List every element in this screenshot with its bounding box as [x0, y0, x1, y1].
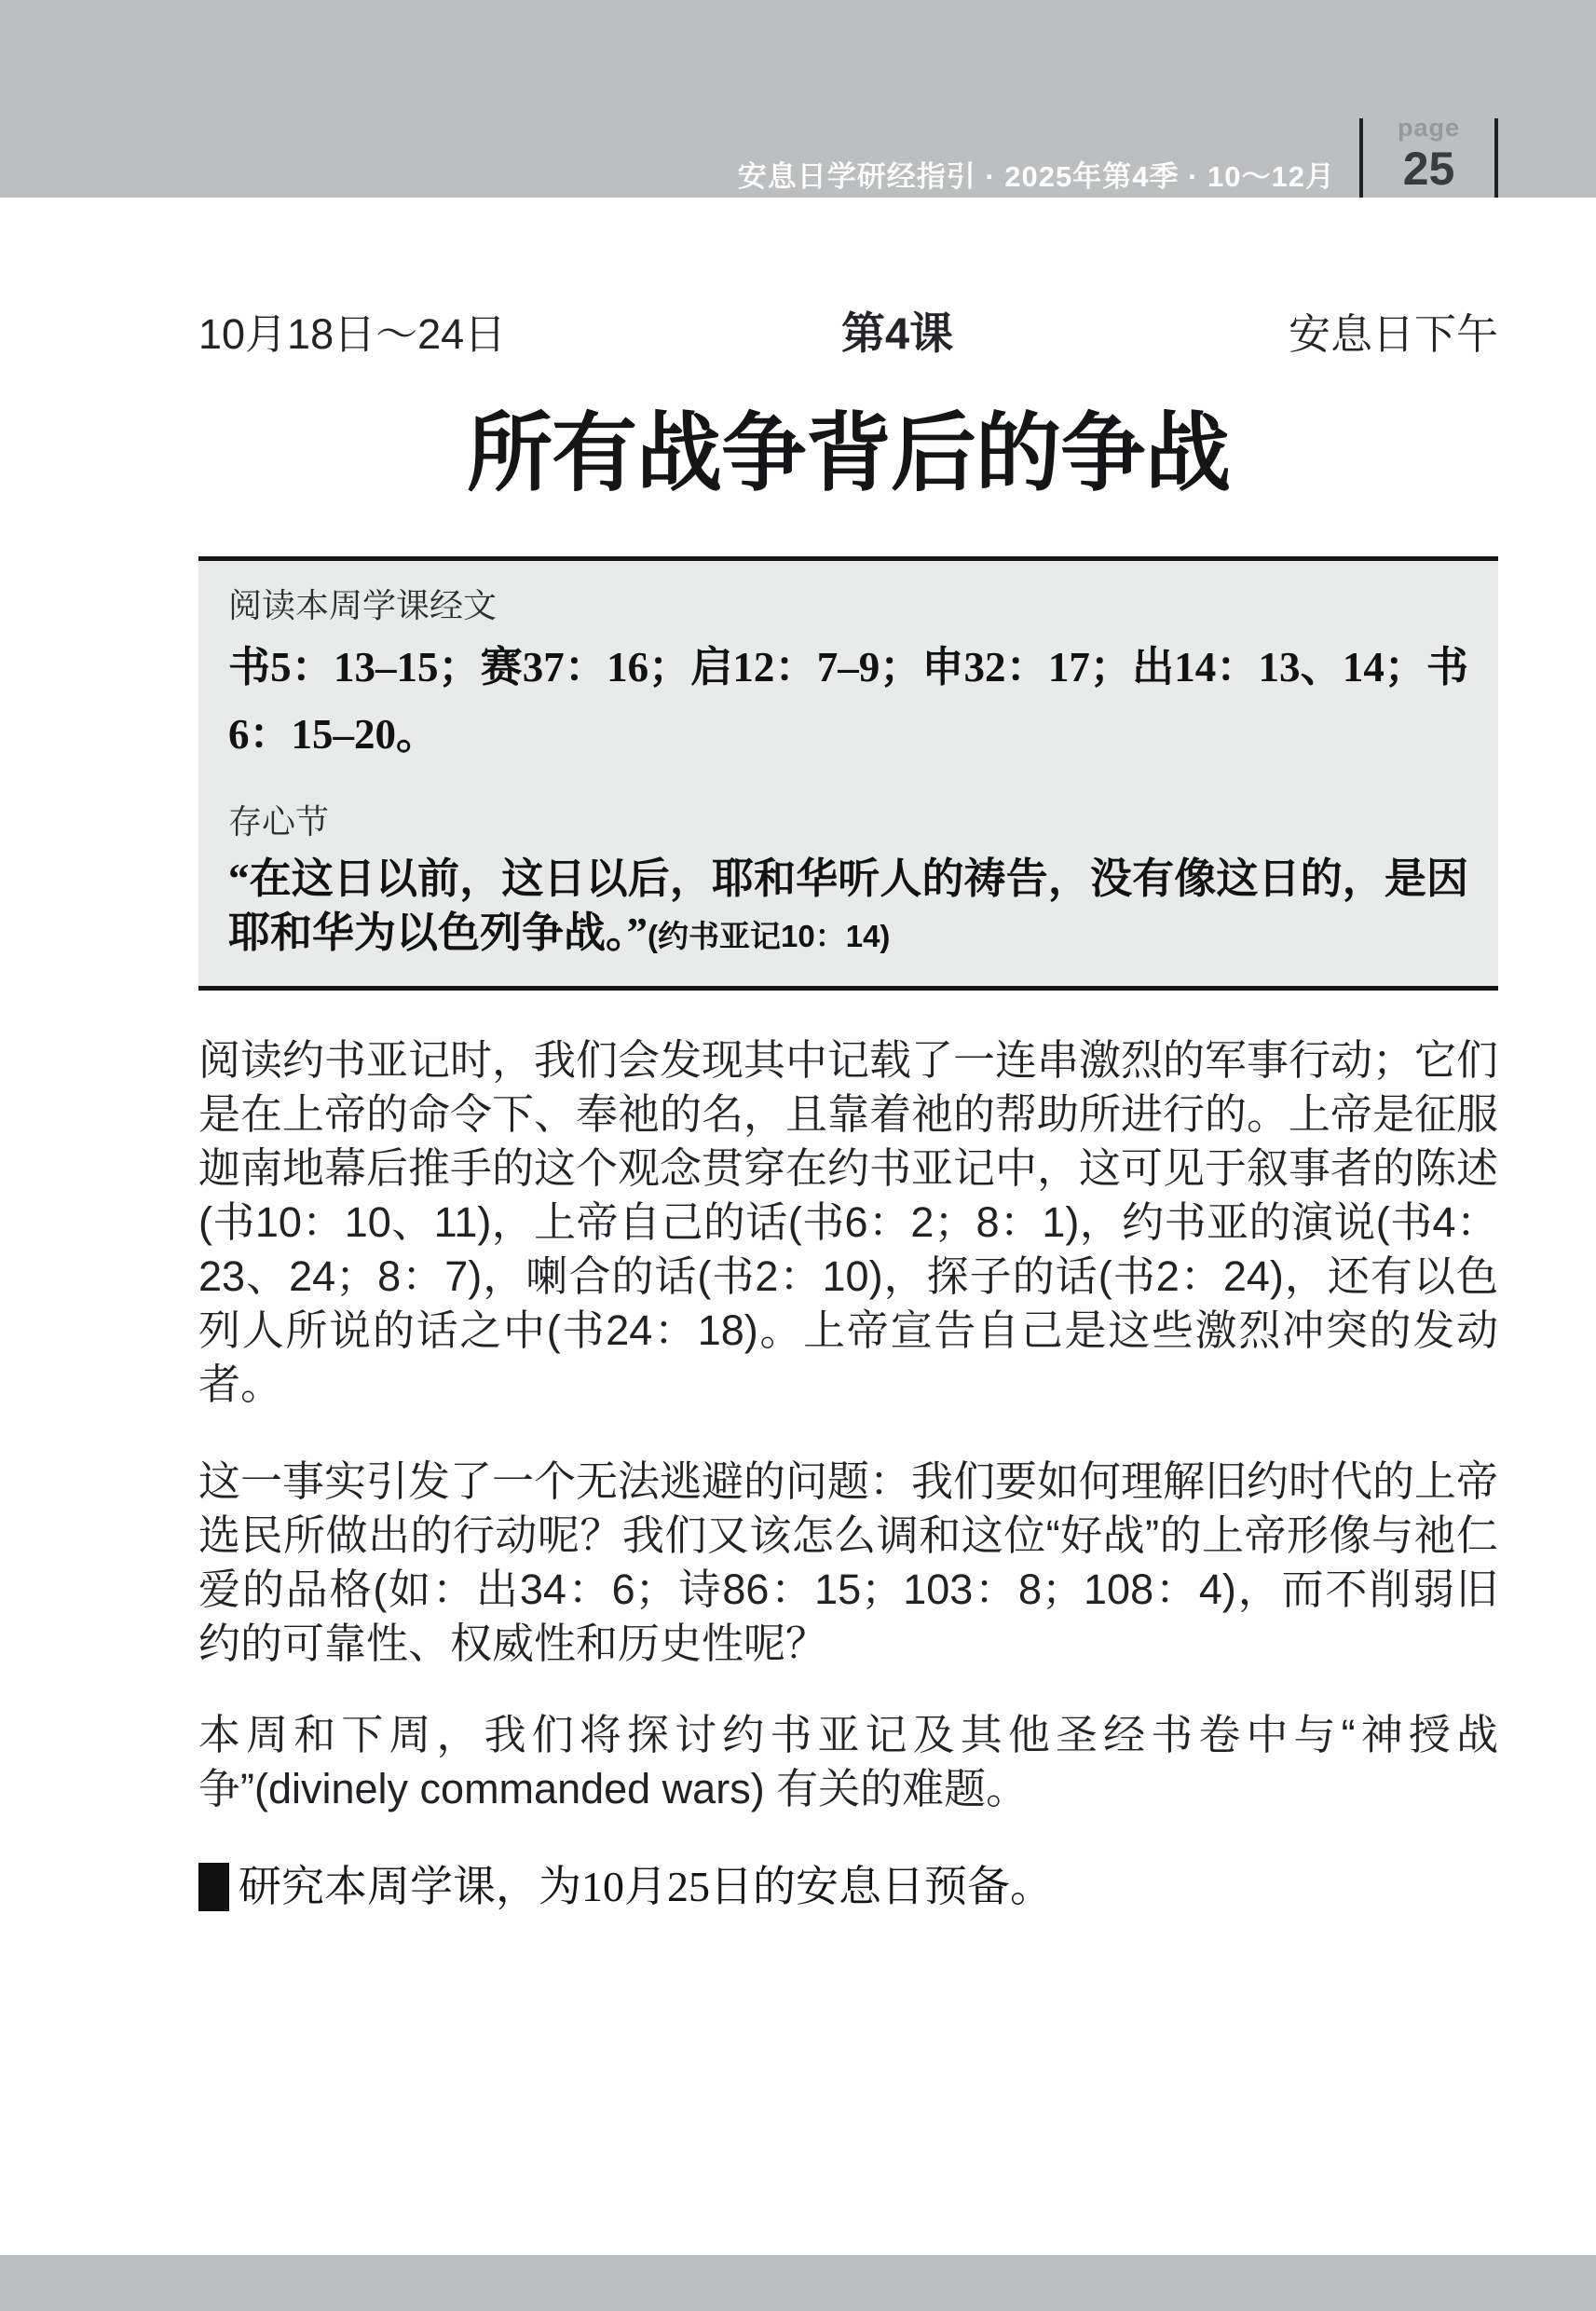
lesson-number: 第4课: [841, 308, 953, 360]
lesson-title: 所有战争背后的争战: [198, 409, 1498, 499]
memory-verse-reference: (约书亚记10：14): [648, 919, 890, 953]
lesson-date-range: 10月18日～24日: [198, 308, 506, 361]
memory-verse: “在这日以前，这日以后，耶和华听人的祷告，没有像这日的，是因耶和华为以色列争战。…: [228, 852, 1468, 964]
readings-label: 阅读本周学课经文: [228, 585, 1468, 626]
lesson-meta-row: 10月18日～24日 第4课 安息日下午: [198, 308, 1498, 361]
study-note-text: 研究本周学课，为10月25日的安息日预备。: [239, 1863, 1053, 1911]
readings-text: 书5：13–15；赛37：16；启12：7–9；申32：17；出14：13、14…: [228, 634, 1468, 768]
page-number-right-rule: [1494, 118, 1498, 198]
bottom-footer-band: [0, 2255, 1596, 2311]
body-paragraph: 阅读约书亚记时，我们会发现其中记载了一连串激烈的军事行动；它们是在上帝的命令下、…: [198, 1033, 1498, 1412]
magazine-page: 安息日学研经指引 · 2025年第4季 · 10～12月 page 25 10月…: [0, 0, 1596, 2311]
top-header-band: 安息日学研经指引 · 2025年第4季 · 10～12月 page 25: [0, 0, 1596, 198]
lesson-content: 10月18日～24日 第4课 安息日下午 所有战争背后的争战 阅读本周学课经文 …: [198, 308, 1498, 1911]
page-label: page: [1363, 116, 1494, 141]
study-note: 研究本周学课，为10月25日的安息日预备。: [198, 1863, 1498, 1911]
black-square-bullet-icon: [198, 1863, 229, 1911]
body-paragraph: 本周和下周，我们将探讨约书亚记及其他圣经书卷中与“神授战争”(divinely …: [198, 1708, 1498, 1816]
page-number-box: page 25: [1363, 116, 1494, 192]
edition-header: 安息日学研经指引 · 2025年第4季 · 10～12月: [738, 162, 1335, 191]
lesson-session: 安息日下午: [1289, 308, 1498, 361]
memory-verse-label: 存心节: [228, 801, 1468, 842]
body-paragraph: 这一事实引发了一个无法逃避的问题：我们要如何理解旧约时代的上帝选民所做出的行动呢…: [198, 1455, 1498, 1671]
study-box: 阅读本周学课经文 书5：13–15；赛37：16；启12：7–9；申32：17；…: [198, 556, 1498, 991]
page-number: 25: [1363, 145, 1494, 192]
